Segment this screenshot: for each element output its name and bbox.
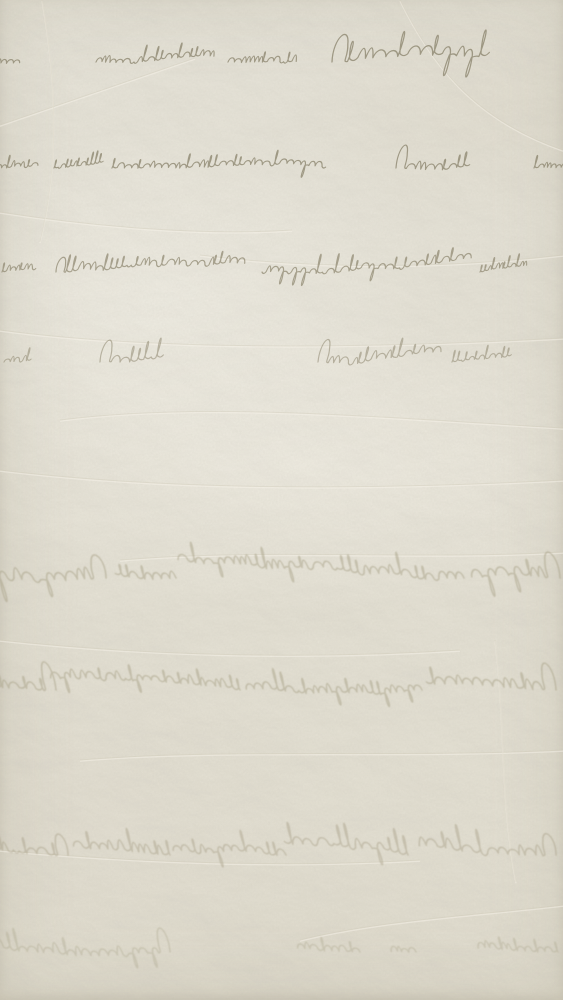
paper-sheet — [0, 0, 563, 1000]
paper-texture-and-script-layer — [0, 0, 563, 1000]
